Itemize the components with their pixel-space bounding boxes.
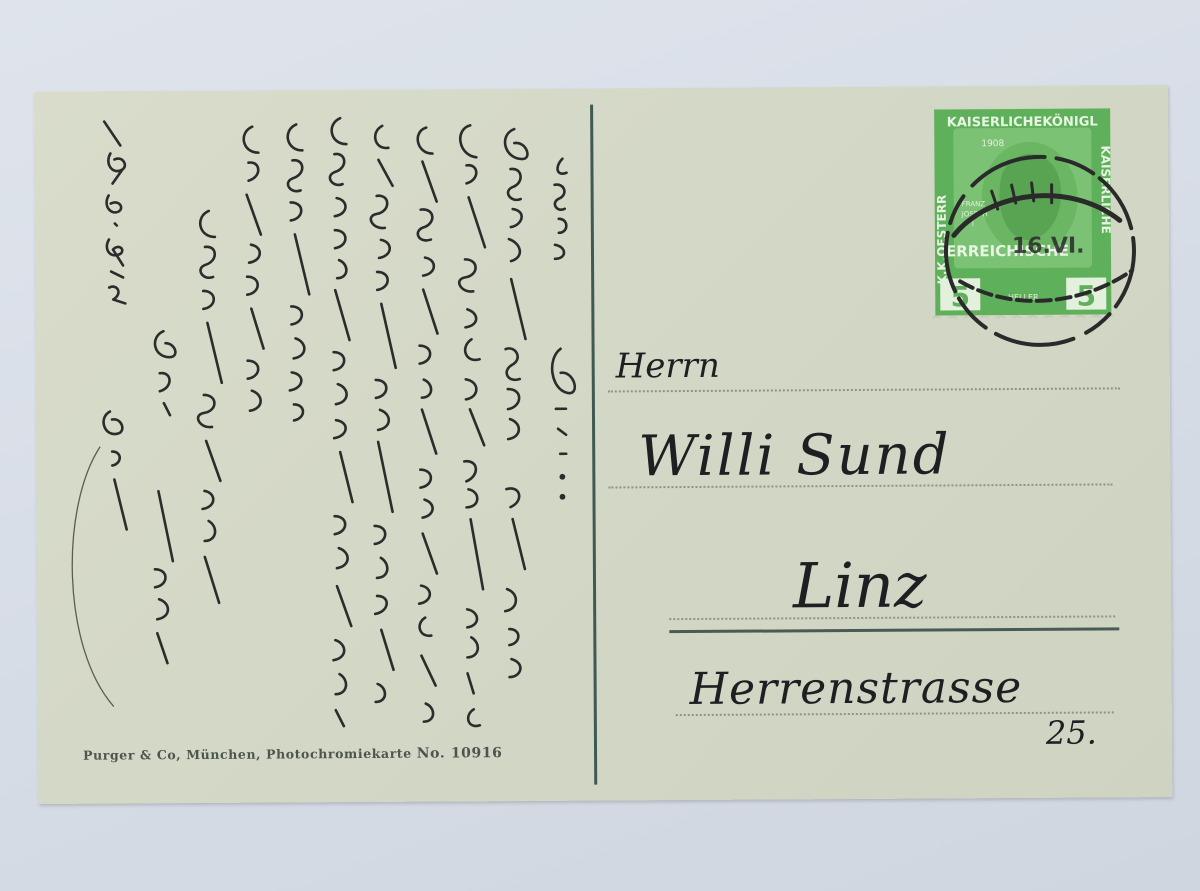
stamp-top-text: KAISERLICHEKÖNIGL (947, 114, 1098, 131)
postcard: Liebe Willi! 16/6.912 Dein Walter (34, 85, 1172, 804)
address-recipient-name: Willi Sund (638, 422, 951, 489)
address-line-1 (608, 387, 1120, 392)
address-salutation: Herrn (616, 346, 720, 387)
postmark-cancellation-icon: 16.VI. (919, 130, 1160, 371)
postmark-date: 16.VI. (1012, 234, 1085, 259)
publisher-imprint: Purger & Co, München, Photochromiekarte … (83, 745, 503, 764)
address-house-number: 25. (1046, 714, 1097, 752)
handwritten-message-icon (34, 89, 594, 804)
address-city: Linz (793, 549, 927, 623)
address-street: Herrenstrasse (690, 662, 1023, 715)
publisher-number: No. 10916 (417, 745, 503, 762)
publisher-text: Purger & Co, München, Photochromiekarte (83, 746, 412, 763)
message-side: Liebe Willi! 16/6.912 Dein Walter (34, 89, 594, 804)
address-solid-rule (669, 627, 1119, 633)
